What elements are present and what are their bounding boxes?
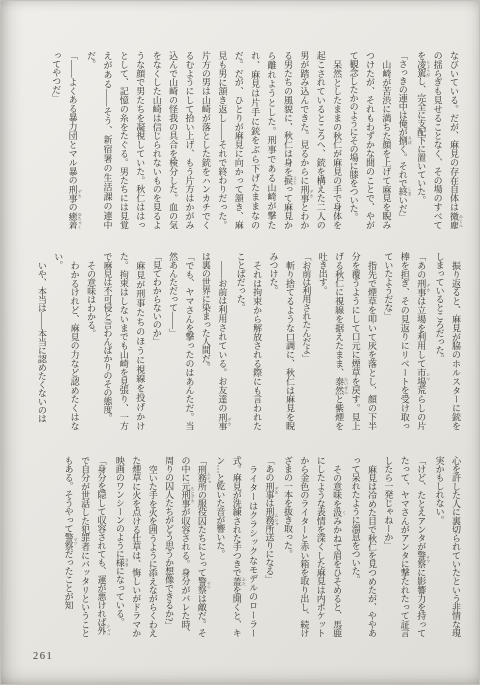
text-block-top: なびいている。だが、麻見の存在自体は微塵みじんの揺らぎも見せることなく、その場の… [24, 51, 464, 229]
paragraph: 「見てわからないのか」 [148, 252, 164, 430]
paragraph: 「けど、たとえアンタが警察サツに影響力を持ってたって、ヤマさんがアンタに撃たれた… [380, 456, 431, 637]
paragraph: 「でも、ヤマさんを撃ったのはあんただ。当然あんただって——」 [165, 252, 198, 430]
paragraph: いや、本当は——本当に認めたくないのは [33, 252, 49, 430]
paragraph: 振り返ると、麻見が脇のホルスターに銃をしまっているところだった。 [431, 252, 464, 430]
text-block-bottom: 心を許した人に裏切られていたという非情な現実かもしれない。 「けど、たとえアンタ… [24, 456, 464, 637]
paragraph: 山崎が苦渋に満ちた顔を上げて麻見を睨みつけたが、それもわずかな間のことで、やがて… [345, 51, 394, 229]
paragraph: 空いた手を火を囲うように添えながらくわえた煙草に火を点ける仕草は、悔しいがドラマ… [111, 456, 160, 637]
paragraph: 「あの刑事デカは立場を利用して市場シマ荒らしの片棒を担ぎ、その見返りにリベートを… [380, 252, 431, 430]
paragraph: 呆然としたままの秋仁が麻見の手で身体を起こされているところへ、銃を構えた二人の男… [83, 51, 346, 229]
paragraph: 「刑務所ムショの服役囚たちにとって警察サツは敵だ。その中に元刑事もとデカが収容さ… [161, 456, 212, 637]
paragraph: それは拘束から解放される際にも言われたことばだった。 [232, 252, 265, 430]
paragraph: わかるけれど、麻見の力など認めたくはない。 [50, 252, 83, 430]
page-number: 261 [33, 651, 53, 662]
paragraph: 麻見は冷めた目で秋仁を見つめたが、ややあって呆れたように溜息をついた。 [347, 456, 380, 637]
paragraph: 麻見が刑事たちのほうに視線を投げかけた。拘束はしないまでも山崎を見張り、一方で麻… [99, 252, 148, 430]
paragraph: その意味はわかる。 [83, 252, 99, 430]
paragraph: 指先で煙草を叩いて灰を落とし、顔の下半分を覆うようにして口元に煙草を戻す。見上げ… [314, 252, 380, 430]
paragraph: 斬り捨てるような口調に、秋仁は麻見を睨みつけた。 [265, 252, 298, 430]
paragraph: 心を許した人に裏切られていたという非情な現実かもしれない。 [431, 456, 464, 637]
paragraph: 「身分を隠して収容されても、運が悪ければ外シャバで自分が世話した犯罪者にバッタリ… [60, 456, 111, 637]
paragraph: その意味を汲くみかねて眉をひそめると、馬鹿にしたような表情を深くした麻見は内ポケ… [280, 456, 348, 637]
paragraph: 「お前は利用されたんだよ」 [298, 252, 314, 430]
paragraph: ——お前は利用されている。お友達の刑事デカは裏の世界に染まった人間だ。 [198, 252, 233, 430]
paragraph: 「——よくある暴力団とマル暴の刑事デカの癒着ゆちゃくってやつだ」 [48, 51, 83, 229]
text-block-middle: 振り返ると、麻見が脇のホルスターに銃をしまっているところだった。 「あの刑事デカ… [24, 252, 464, 430]
paragraph: 「さっきの連中は俺が捌さばく。それで終しまいだ」 [394, 51, 412, 229]
paragraph: ライターはクラシックなモデルのローラー式。麻見が洗練された手つきで蓋ふたを開くと… [212, 456, 261, 637]
book-page: なびいている。だが、麻見の存在自体は微塵みじんの揺らぎも見せることなく、その場の… [0, 0, 480, 685]
paragraph: なびいている。だが、麻見の存在自体は微塵みじんの揺らぎも見せることなく、その場の… [413, 51, 464, 229]
paragraph: 「あの刑事デカは刑務所ムショ送りになる」 [261, 456, 279, 637]
